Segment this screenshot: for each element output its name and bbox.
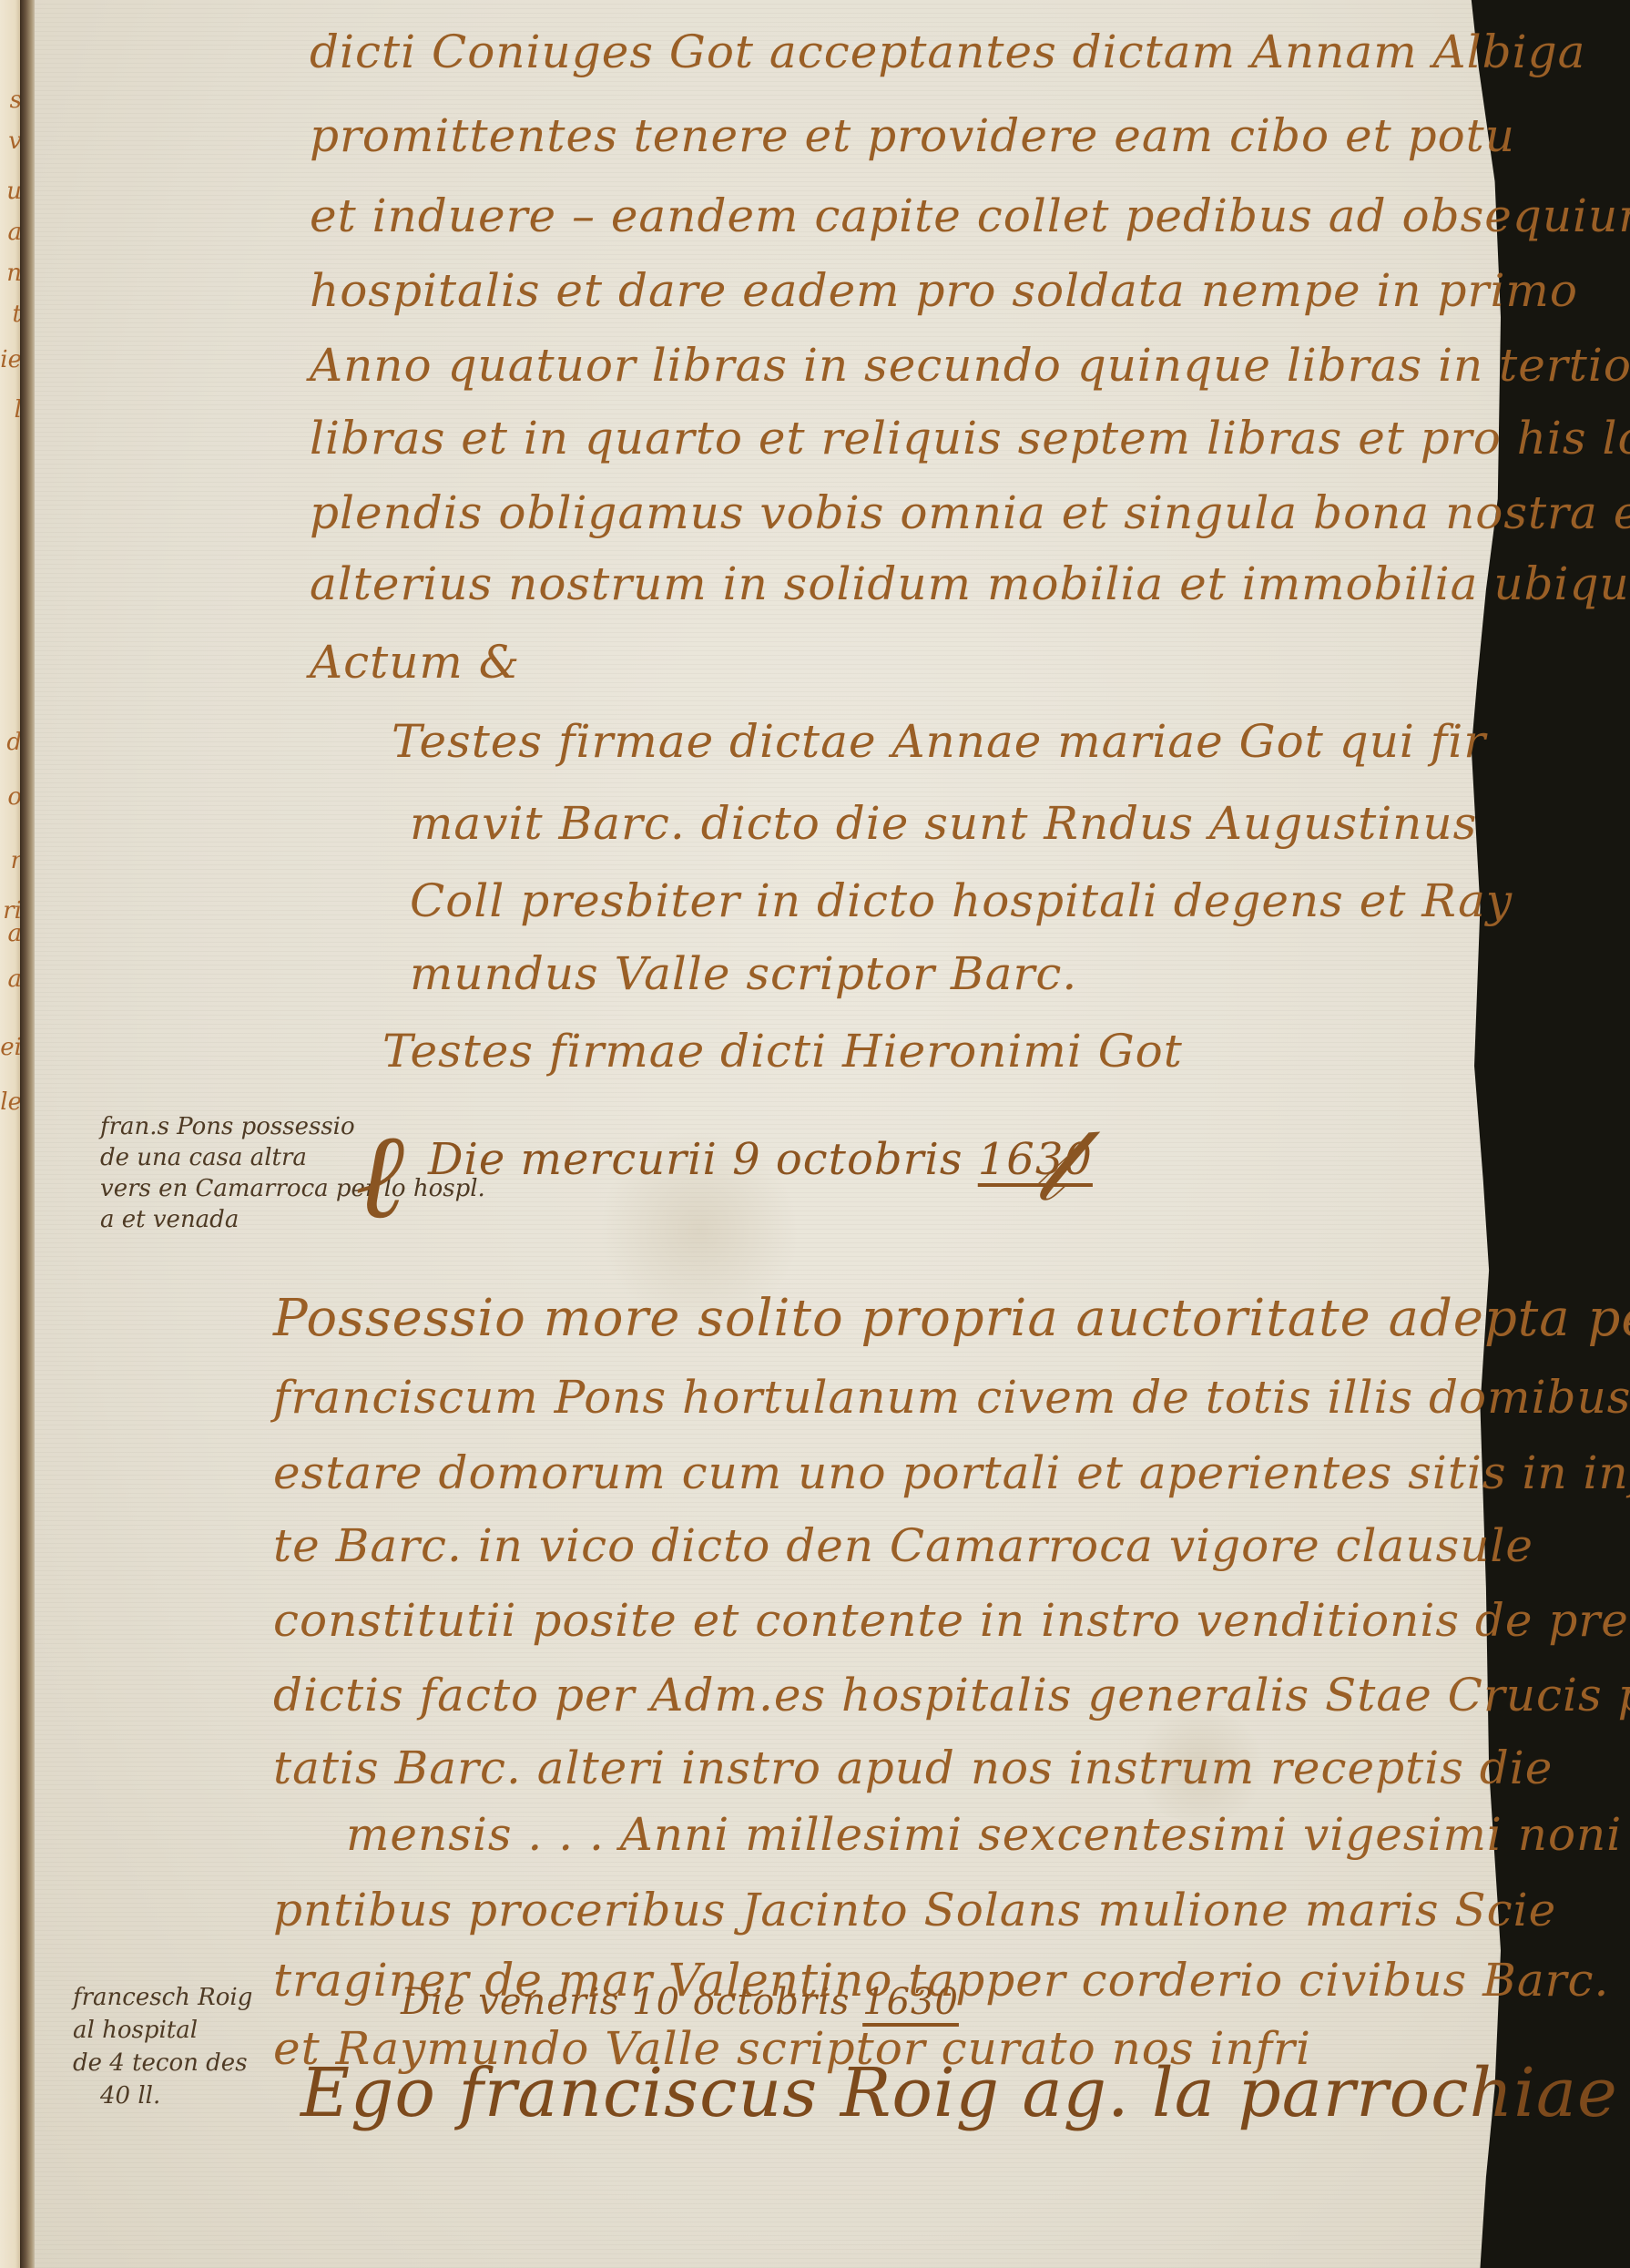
facing-page-fragment: t	[0, 301, 22, 328]
margin-note-line: a et venada	[100, 1204, 485, 1235]
text-line: Testes firmae dictae Annae mariae Got qu…	[392, 715, 1486, 768]
facing-page-fragment: n	[0, 260, 22, 287]
facing-page-edge: s v u a n t ie l d o r ri a a ei le	[0, 0, 22, 2268]
text-line: mavit Barc. dicto die sunt Rndus Augusti…	[410, 797, 1477, 850]
facing-page-fragment: le	[0, 1088, 22, 1116]
facing-page-fragment: r	[0, 847, 22, 874]
text-line: et induere – eandem capite collet pedibu…	[310, 189, 1630, 242]
facing-page-fragment: ie	[0, 346, 22, 373]
margin-note-line: francesch Roig	[73, 1981, 252, 2014]
year: 1630	[862, 1981, 959, 2023]
text-line: estare domorum cum uno portali et aperie…	[273, 1446, 1630, 1499]
facing-page-fragment: v	[0, 128, 22, 155]
text-line-content: Possessio more solito propria auctoritat…	[273, 1289, 1630, 1348]
facing-page-fragment: a	[0, 920, 22, 947]
margin-note-line: 40 ll.	[73, 2079, 252, 2112]
text-line: franciscum Pons hortulanum civem de toti…	[273, 1371, 1630, 1424]
facing-page-fragment: a	[0, 219, 22, 246]
signature-line: Ego franciscus Roig ag. la parrochiae	[301, 2054, 1618, 2132]
flourish-icon: 𝓁	[1034, 1107, 1067, 1225]
text-line: libras et in quarto et reliquis septem l…	[310, 412, 1630, 465]
facing-page-fragment: ei	[0, 1034, 22, 1061]
facing-page-fragment: s	[0, 87, 22, 114]
text-line: pntibus proceribus Jacinto Solans mulion…	[273, 1884, 1556, 1936]
margin-note-line: de 4 tecon des	[73, 2047, 252, 2079]
text-line: dictis facto per Adm.es hospitalis gener…	[273, 1669, 1630, 1721]
entry-date-heading: Die mercurii 9 octobris 1630	[428, 1134, 1093, 1185]
day-month: 10 octobris	[632, 1981, 850, 2023]
text-line: plendis obligamus vobis omnia et singula…	[310, 486, 1630, 539]
text-line: te Barc. in vico dicto den Camarroca vig…	[273, 1519, 1533, 1572]
text-line: hospitalis et dare eadem pro soldata nem…	[310, 264, 1578, 317]
text-line: tatis Barc. alteri instro apud nos instr…	[273, 1742, 1553, 1794]
text-line: constitutii posite et contente in instro…	[273, 1594, 1629, 1647]
text-line: Testes firmae dicti Hieronimi Got	[382, 1025, 1183, 1078]
text-line: Possessio more solito propria auctoritat…	[273, 1289, 1630, 1348]
facing-page-fragment: l	[0, 396, 22, 424]
facing-page-fragment: u	[0, 178, 22, 205]
margin-note-roig: francesch Roig al hospital de 4 tecon de…	[73, 1981, 252, 2112]
weekday: Die mercurii	[428, 1134, 718, 1185]
weekday: Die veneris	[401, 1981, 619, 2023]
text-line: mundus Valle scriptor Barc.	[410, 947, 1077, 1000]
text-line: promittentes tenere et providere eam cib…	[310, 109, 1515, 162]
facing-page-fragment: d	[0, 729, 22, 756]
text-line: alterius nostrum in solidum mobilia et i…	[310, 557, 1630, 610]
flourish-icon: ℓ	[355, 1107, 404, 1246]
facing-page-fragment: o	[0, 783, 22, 811]
text-line: Actum &	[310, 636, 520, 689]
entry-date-heading: Die veneris 10 octobris 1630	[401, 1981, 959, 2023]
facing-page-fragment: a	[0, 965, 22, 993]
day-month: 9 octobris	[732, 1134, 963, 1185]
text-line: Coll presbiter in dicto hospitali degens…	[410, 874, 1513, 927]
manuscript-scan: s v u a n t ie l d o r ri a a ei le dict…	[0, 0, 1630, 2268]
book-gutter	[20, 0, 36, 2268]
margin-note-line: al hospital	[73, 2014, 252, 2047]
text-line: mensis . . . Anni millesimi sexcentesimi…	[346, 1808, 1622, 1861]
text-line: Anno quatuor libras in secundo quinque l…	[310, 339, 1630, 392]
text-line: dicti Coniuges Got acceptantes dictam An…	[310, 26, 1585, 78]
